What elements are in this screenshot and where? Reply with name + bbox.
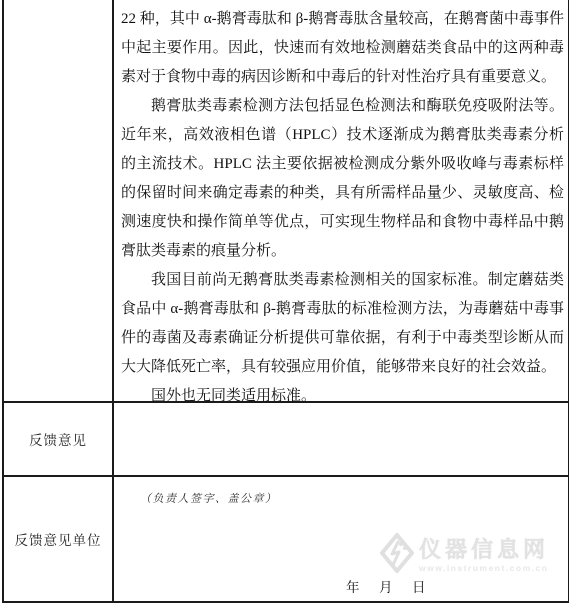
paragraph-foreign-standard: 国外也无同类适用标准。	[121, 382, 564, 403]
date-line: 年 月 日	[346, 576, 429, 596]
feedback-content-cell	[114, 403, 568, 477]
opinion-text-cell: 22 种，其中 α-鹅膏毒肽和 β-鹅膏毒肽含量较高，在鹅膏菌中毒事件中起主要作…	[114, 0, 568, 403]
paragraph-detection-methods: 鹅膏肽类毒素检测方法包括显色检测法和酶联免疫吸附法等。近年来，高效液相色谱（HP…	[121, 92, 564, 266]
paragraph-national-standard: 我国目前尚无鹅膏肽类毒素检测相关的国家标准。制定蘑菇类食品中 α-鹅膏毒肽和 β…	[121, 266, 564, 382]
instrument-site-logo-icon	[380, 533, 414, 578]
watermark: 仪器信息网 www.instrument.com.cn	[380, 533, 549, 578]
unit-label: 反馈意见单位	[15, 529, 102, 549]
empty-label-cell	[4, 0, 114, 403]
watermark-site-url: www.instrument.com.cn	[419, 563, 548, 573]
feedback-label: 反馈意见	[29, 429, 87, 449]
unit-label-cell: 反馈意见单位	[4, 477, 114, 601]
watermark-site-name: 仪器信息网	[419, 538, 549, 562]
document-page: 22 种，其中 α-鹅膏毒肽和 β-鹅膏毒肽含量较高，在鹅膏菌中毒事件中起主要作…	[0, 0, 570, 603]
paragraph-continuation: 22 种，其中 α-鹅膏毒肽和 β-鹅膏毒肽含量较高，在鹅膏菌中毒事件中起主要作…	[121, 5, 564, 92]
sign-seal-note: （负责人签字、盖公章）	[140, 490, 278, 506]
feedback-label-cell: 反馈意见	[4, 403, 114, 477]
watermark-textbox: 仪器信息网 www.instrument.com.cn	[419, 538, 549, 573]
unit-content-cell: （负责人签字、盖公章） 仪器信息网 www.instrument.com.cn …	[114, 477, 568, 601]
feedback-form-table: 22 种，其中 α-鹅膏毒肽和 β-鹅膏毒肽含量较高，在鹅膏菌中毒事件中起主要作…	[2, 0, 569, 603]
